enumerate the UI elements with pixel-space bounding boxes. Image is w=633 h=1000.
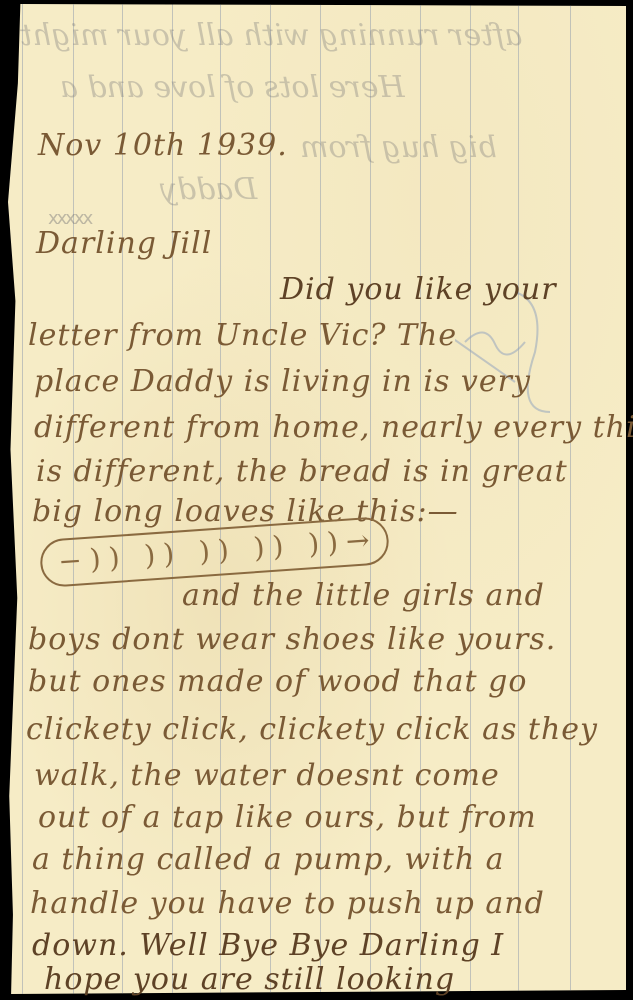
body-line: out of a tap like ours, but from [38,800,537,835]
body-line: is different, the bread is in great [36,454,568,489]
body-line: Did you like your [280,272,557,307]
ruled-line [518,4,519,994]
body-line: big long loaves like this:— [32,494,459,529]
body-line: and the little girls and [182,578,545,613]
ruled-line [570,4,571,994]
bleed-through-text: big hug from [300,130,497,165]
body-line: boys dont wear shoes like yours. [28,622,556,657]
body-line: place Daddy is living in is very [34,364,531,399]
bleed-through-text: Here lots of love and a [60,70,405,105]
body-line: down. Well Bye Bye Darling I [32,928,504,963]
body-line: different from home, nearly every thing [34,410,633,445]
ruled-line [22,4,23,994]
body-line: a thing called a pump, with a [32,842,505,877]
body-line: letter from Uncle Vic? The [28,318,457,353]
bleed-through-text: after running with all your might [20,18,522,53]
salutation: Darling Jill [36,226,212,261]
body-line: hope you are still looking [44,962,455,997]
body-line: walk, the water doesnt come [34,758,500,793]
body-line: handle you have to push up and [30,886,545,921]
letter-date: Nov 10th 1939. [38,128,288,163]
body-line: clickety click, clickety click as they [26,712,598,747]
body-line: but ones made of wood that go [28,664,527,699]
bleed-through-text: Daddy [160,172,257,207]
